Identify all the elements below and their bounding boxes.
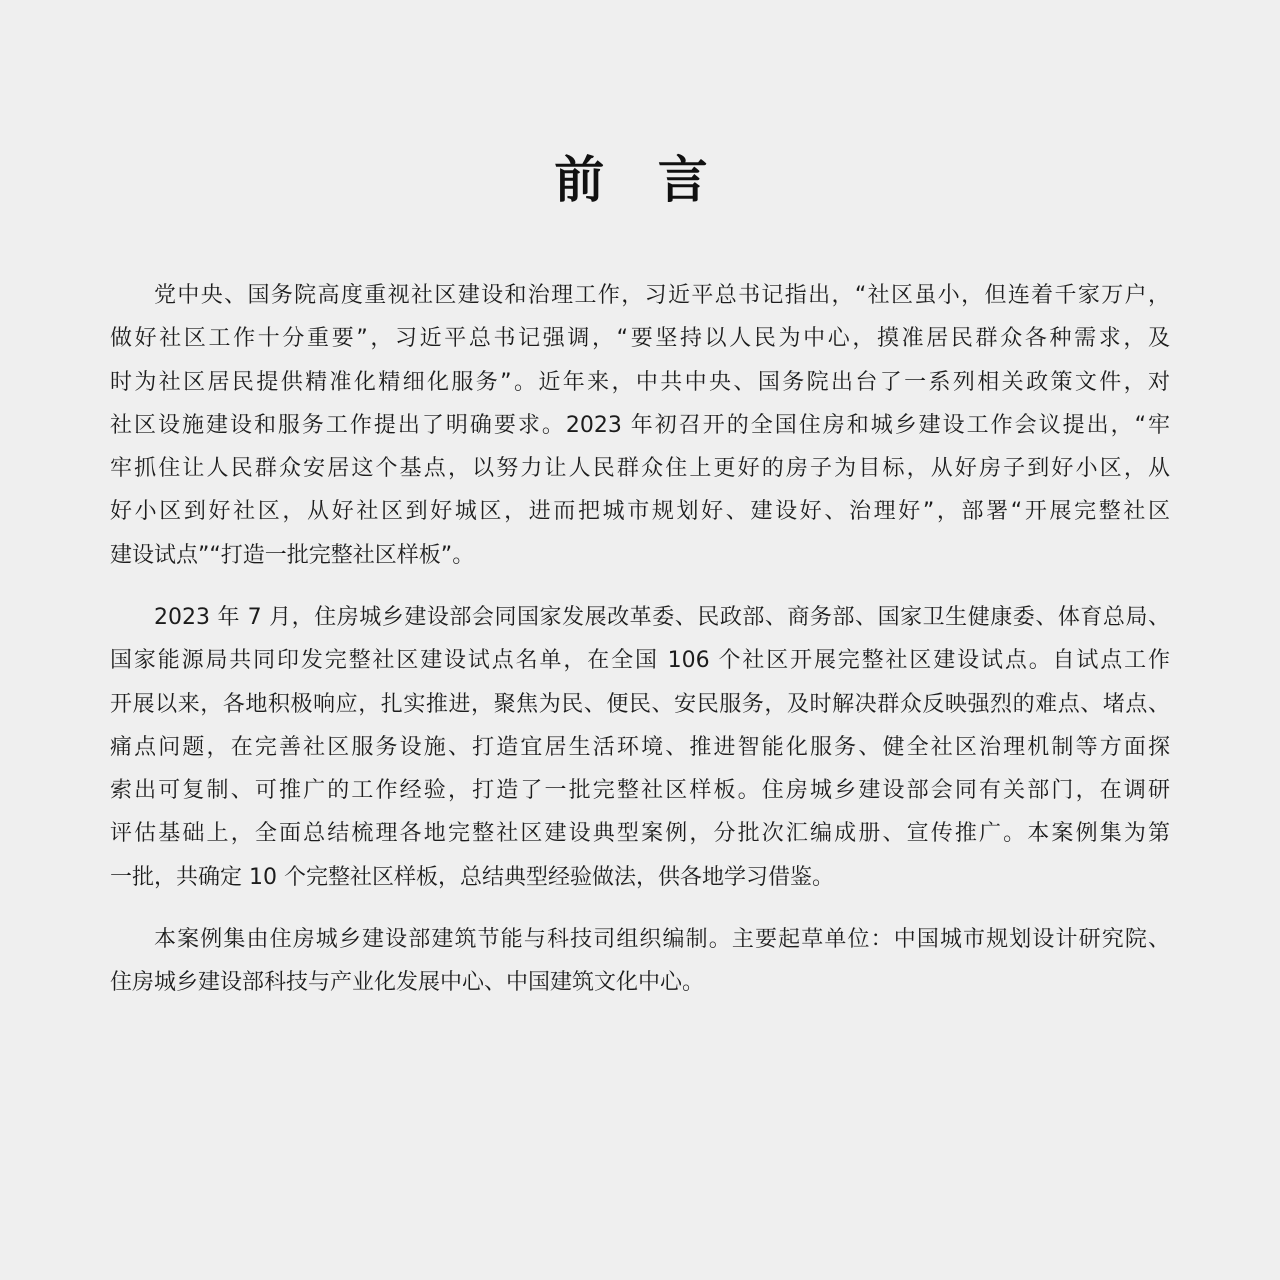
paragraph-line: 住房城乡建设部科技与产业化发展中心、中国建筑文化中心。 (110, 961, 1170, 1004)
paragraph-line: 建设试点”“打造一批完整社区样板”。 (110, 534, 1170, 577)
paragraph-line: 做好社区工作十分重要”，习近平总书记强调，“要坚持以人民为中心，摸准居民群众各种… (110, 317, 1170, 360)
paragraph-line: 开展以来，各地积极响应，扎实推进，聚焦为民、便民、安民服务，及时解决群众反映强烈… (110, 683, 1170, 726)
paragraph-line: 痛点问题，在完善社区服务设施、打造宜居生活环境、推进智能化服务、健全社区治理机制… (110, 726, 1170, 769)
document-page: 前 言 党中央、国务院高度重视社区建设和治理工作，习近平总书记指出，“社区虽小，… (0, 0, 1280, 1280)
paragraph-line: 评估基础上，全面总结梳理各地完整社区建设典型案例，分批次汇编成册、宣传推广。本案… (110, 812, 1170, 855)
paragraph-line: 索出可复制、可推广的工作经验，打造了一批完整社区样板。住房城乡建设部会同有关部门… (110, 769, 1170, 812)
paragraph-line: 党中央、国务院高度重视社区建设和治理工作，习近平总书记指出，“社区虽小，但连着千… (110, 274, 1170, 317)
paragraph-line: 2023 年 7 月，住房城乡建设部会同国家发展改革委、民政部、商务部、国家卫生… (110, 596, 1170, 639)
paragraph-3: 本案例集由住房城乡建设部建筑节能与科技司组织编制。主要起草单位：中国城市规划设计… (110, 918, 1170, 1005)
page-title: 前 言 (0, 150, 1280, 210)
paragraph-line: 一批，共确定 10 个完整社区样板，总结典型经验做法，供各地学习借鉴。 (110, 856, 1170, 899)
paragraph-1: 党中央、国务院高度重视社区建设和治理工作，习近平总书记指出，“社区虽小，但连着千… (110, 274, 1170, 577)
paragraph-line: 国家能源局共同印发完整社区建设试点名单，在全国 106 个社区开展完整社区建设试… (110, 639, 1170, 682)
paragraph-line: 牢抓住让人民群众安居这个基点，以努力让人民群众住上更好的房子为目标，从好房子到好… (110, 447, 1170, 490)
paragraph-2: 2023 年 7 月，住房城乡建设部会同国家发展改革委、民政部、商务部、国家卫生… (110, 596, 1170, 899)
paragraph-line: 本案例集由住房城乡建设部建筑节能与科技司组织编制。主要起草单位：中国城市规划设计… (110, 918, 1170, 961)
paragraph-line: 社区设施建设和服务工作提出了明确要求。2023 年初召开的全国住房和城乡建设工作… (110, 404, 1170, 447)
paragraph-line: 时为社区居民提供精准化精细化服务”。近年来，中共中央、国务院出台了一系列相关政策… (110, 361, 1170, 404)
paragraph-line: 好小区到好社区，从好社区到好城区，进而把城市规划好、建设好、治理好”，部署“开展… (110, 490, 1170, 533)
